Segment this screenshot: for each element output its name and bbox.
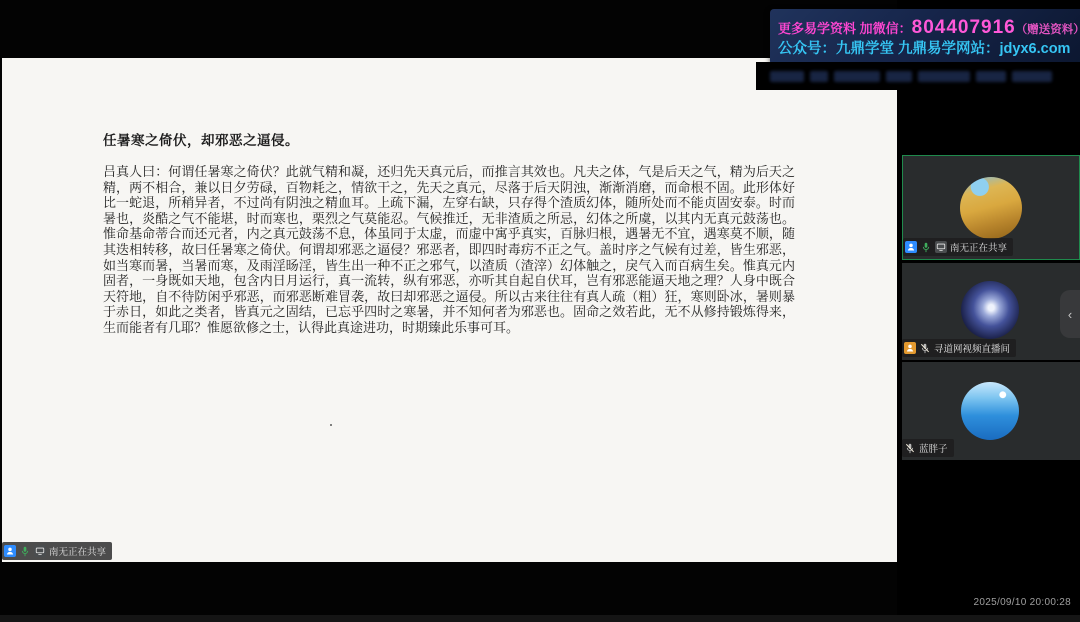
mic-off-icon [904,442,916,454]
mic-on-icon [19,545,31,557]
document-title: 任暑寒之倚伏，却邪恶之逼侵。 [103,129,299,149]
avatar-galaxy [961,281,1019,339]
avatar-blue-planet [961,382,1019,440]
blurred-text-remnants [756,62,1080,90]
meeting-window: 任暑寒之倚伏，却邪恶之逼侵。 吕真人曰：何谓任暑寒之倚伏？此就气精和凝，还归先天… [0,0,1080,622]
blur-blob [770,71,804,82]
blur-blob [834,71,880,82]
blur-blob [886,71,912,82]
cursor-dot [330,424,332,426]
blur-blob [976,71,1006,82]
ad-wechat-label: 更多易学资料 加微信： [778,21,912,36]
shared-screen-document: 任暑寒之倚伏，却邪恶之逼侵。 吕真人曰：何谓任暑寒之倚伏？此就气精和凝，还归先天… [2,58,897,562]
ad-banner-line1: 更多易学资料 加微信：804407916（赠送资料） [778,18,1080,39]
chevron-left-icon: ‹ [1068,307,1072,322]
participant-label-host: 南无正在共享 [903,238,1013,256]
host-badge-icon [4,545,16,557]
participant-name: 寻道网视频直播间 [934,341,1010,355]
blur-blob [918,71,970,82]
recording-timestamp: 2025/09/10 20:00:28 [974,597,1071,608]
host-badge-icon [905,241,917,253]
screen-share-icon [34,545,46,557]
ad-wechat-number: 804407916 [912,17,1016,38]
participant-thumbnail-2[interactable]: 寻道网视频直播间 [902,263,1080,360]
sharing-status-text: 南无正在共享 [49,544,106,558]
ad-banner-line2: 公众号：九鼎学堂 九鼎易学网站：jdyx6.com [778,42,1080,58]
participant-thumbnail-host[interactable]: 南无正在共享 [902,155,1080,260]
bottom-bar [0,615,1080,622]
blur-blob [810,71,828,82]
member-badge-icon [904,342,916,354]
ad-banner: 更多易学资料 加微信：804407916（赠送资料） 公众号：九鼎学堂 九鼎易学… [770,9,1080,67]
ad-gift-note: （赠送资料） [1016,24,1080,36]
avatar-host [960,177,1022,239]
sharing-status-pill: 南无正在共享 [2,542,112,560]
document-body-text: 吕真人曰：何谓任暑寒之倚伏？此就气精和凝，还归先天真元后，而推言其效也。凡夫之体… [103,164,795,336]
mic-on-icon [920,241,932,253]
participant-name: 蓝胖子 [919,441,948,455]
participant-thumbnail-3[interactable]: 蓝胖子 [902,362,1080,460]
participant-label-2: 寻道网视频直播间 [902,339,1016,357]
participant-label-3: 蓝胖子 [902,439,954,457]
screen-share-icon [935,241,947,253]
participant-name: 南无正在共享 [950,240,1007,254]
mic-off-icon [919,342,931,354]
blur-blob [1012,71,1052,82]
sidebar-collapse-tab[interactable]: ‹ [1060,290,1080,338]
